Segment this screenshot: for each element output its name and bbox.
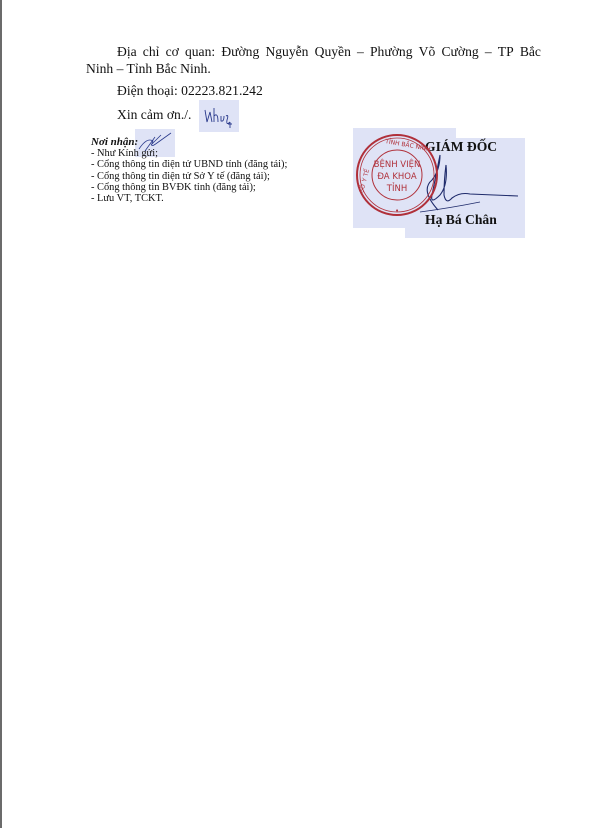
address-word: Địa	[117, 43, 137, 60]
address-word: Nguyễn	[265, 43, 308, 60]
official-stamp-icon: BỆNH VIỆN ĐA KHOA TỈNH SỞ Y TẾ TỈNH BẮC …	[355, 131, 439, 219]
address-word: Bắc	[520, 43, 541, 60]
recipient-item: - Như Kính gửi;	[91, 148, 287, 159]
address-line-1: Địachỉcơquan:ĐườngNguyễnQuyền–PhườngVõCư…	[117, 43, 541, 60]
initial-signature-box	[199, 100, 239, 132]
address-line-2: Ninh – Tỉnh Bắc Ninh.	[86, 60, 211, 77]
address-word: Quyền	[315, 43, 351, 60]
stamp-center-line: BỆNH VIỆN	[374, 158, 421, 170]
stamp-center-line: ĐA KHOA	[377, 172, 416, 182]
address-word: cơ	[166, 43, 179, 60]
address-word: Võ	[419, 43, 436, 60]
address-word: Đường	[221, 43, 259, 60]
page-left-border	[0, 0, 2, 828]
stamp-outer-left: SỞ Y TẾ	[357, 168, 371, 194]
stamp-center-line: TỈNH	[386, 182, 407, 194]
address-word: quan:	[185, 43, 215, 60]
recipient-item: - Lưu VT, TCKT.	[91, 193, 287, 204]
address-word: chỉ	[143, 43, 160, 60]
recipients-list: Nơi nhận: - Như Kính gửi; - Cổng thông t…	[91, 137, 287, 204]
initial-signature-icon	[199, 100, 239, 132]
address-word: Cường	[441, 43, 478, 60]
stamp-star: •	[395, 207, 399, 215]
phone-line: Điện thoại: 02223.821.242	[117, 82, 263, 99]
address-word: TP	[498, 43, 514, 60]
recipient-item: - Cổng thông tin BVĐK tỉnh (đăng tải);	[91, 182, 287, 193]
address-word: –	[485, 43, 492, 60]
recipients-title: Nơi nhận:	[91, 137, 287, 148]
thanks-line: Xin cảm ơn./.	[117, 106, 191, 123]
address-word: –	[357, 43, 364, 60]
director-name: Hạ Bá Chân	[425, 212, 497, 228]
recipient-item: - Cổng thông tin điện tử Sở Y tế (đăng t…	[91, 171, 287, 182]
address-word: Phường	[370, 43, 413, 60]
recipient-item: - Cổng thông tin điện tử UBND tỉnh (đăng…	[91, 159, 287, 170]
